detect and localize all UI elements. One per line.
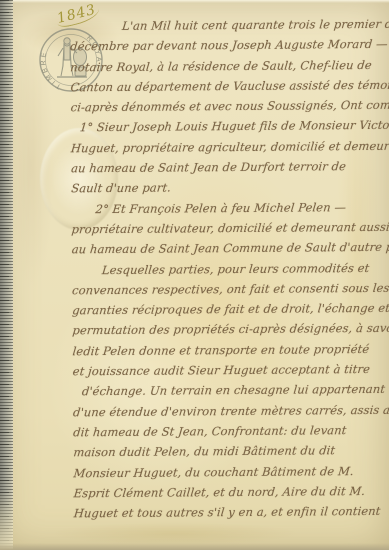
manuscript-line: d'échange. Un terrain en chesagne lui ap… (81, 379, 389, 402)
manuscript-text: L'an Mil huit cent quarante trois le pre… (70, 14, 389, 524)
ruler-coarse-ticks (0, 0, 9, 550)
svg-text:TIMBRE: TIMBRE (40, 50, 62, 90)
paper-sheet: 1843 TIMBRE ROYAL (0, 0, 389, 550)
manuscript-line: Huguet et tous autres s'il y en a, et en… (73, 501, 389, 524)
manuscript-line: Esprit Clément Caillet, et du nord, Aire… (73, 481, 389, 504)
manuscript-line: maison dudit Pelen, du midi Bâtiment du … (72, 440, 389, 463)
manuscript-line: convenances respectives, ont fait et con… (71, 278, 389, 301)
manuscript-line: Monsieur Huguet, du couchant Bâtiment de… (73, 460, 389, 483)
manuscript-line: décembre par devant nous Joseph Auguste … (69, 34, 389, 57)
manuscript-line: Lesquelles parties, pour leurs commodité… (101, 257, 389, 280)
paper-top-edge (0, 0, 389, 3)
ruler-strip (0, 0, 13, 550)
manuscript-line: d'une étendue d'environ trente mètres ca… (72, 399, 389, 422)
manuscript-line: permutation des propriétés ci-après dési… (71, 318, 389, 341)
scanned-notarial-deed-page: { "page": { "year_annotation": "1843", "… (0, 0, 389, 550)
manuscript-line: Sault d'une part. (70, 176, 389, 199)
paper-bottom-edge (0, 543, 389, 550)
manuscript-line: 2° Et François Pelen à feu Michel Pelen … (95, 196, 389, 219)
manuscript-line: notaire Royal, à la résidence de Sault, … (69, 54, 389, 77)
manuscript-line: L'an Mil huit cent quarante trois le pre… (121, 14, 389, 36)
manuscript-line: Canton au département de Vaucluse assist… (70, 75, 389, 98)
manuscript-line: au hameau de Saint Jean Commune de Sault… (71, 237, 389, 260)
manuscript-line: ledit Pelen donne et transporte en toute… (72, 338, 389, 361)
manuscript-line: dit hameau de St Jean, Confrontant: du l… (72, 420, 389, 443)
ruler-bottom-fade (0, 490, 13, 550)
manuscript-line: propriétaire cultivateur, domicilié et d… (71, 217, 389, 240)
manuscript-line: Huguet, propriétaire agriculteur, domici… (70, 135, 389, 158)
manuscript-line: 1° Sieur Joseph Louis Huguet fils de Mon… (79, 115, 389, 138)
